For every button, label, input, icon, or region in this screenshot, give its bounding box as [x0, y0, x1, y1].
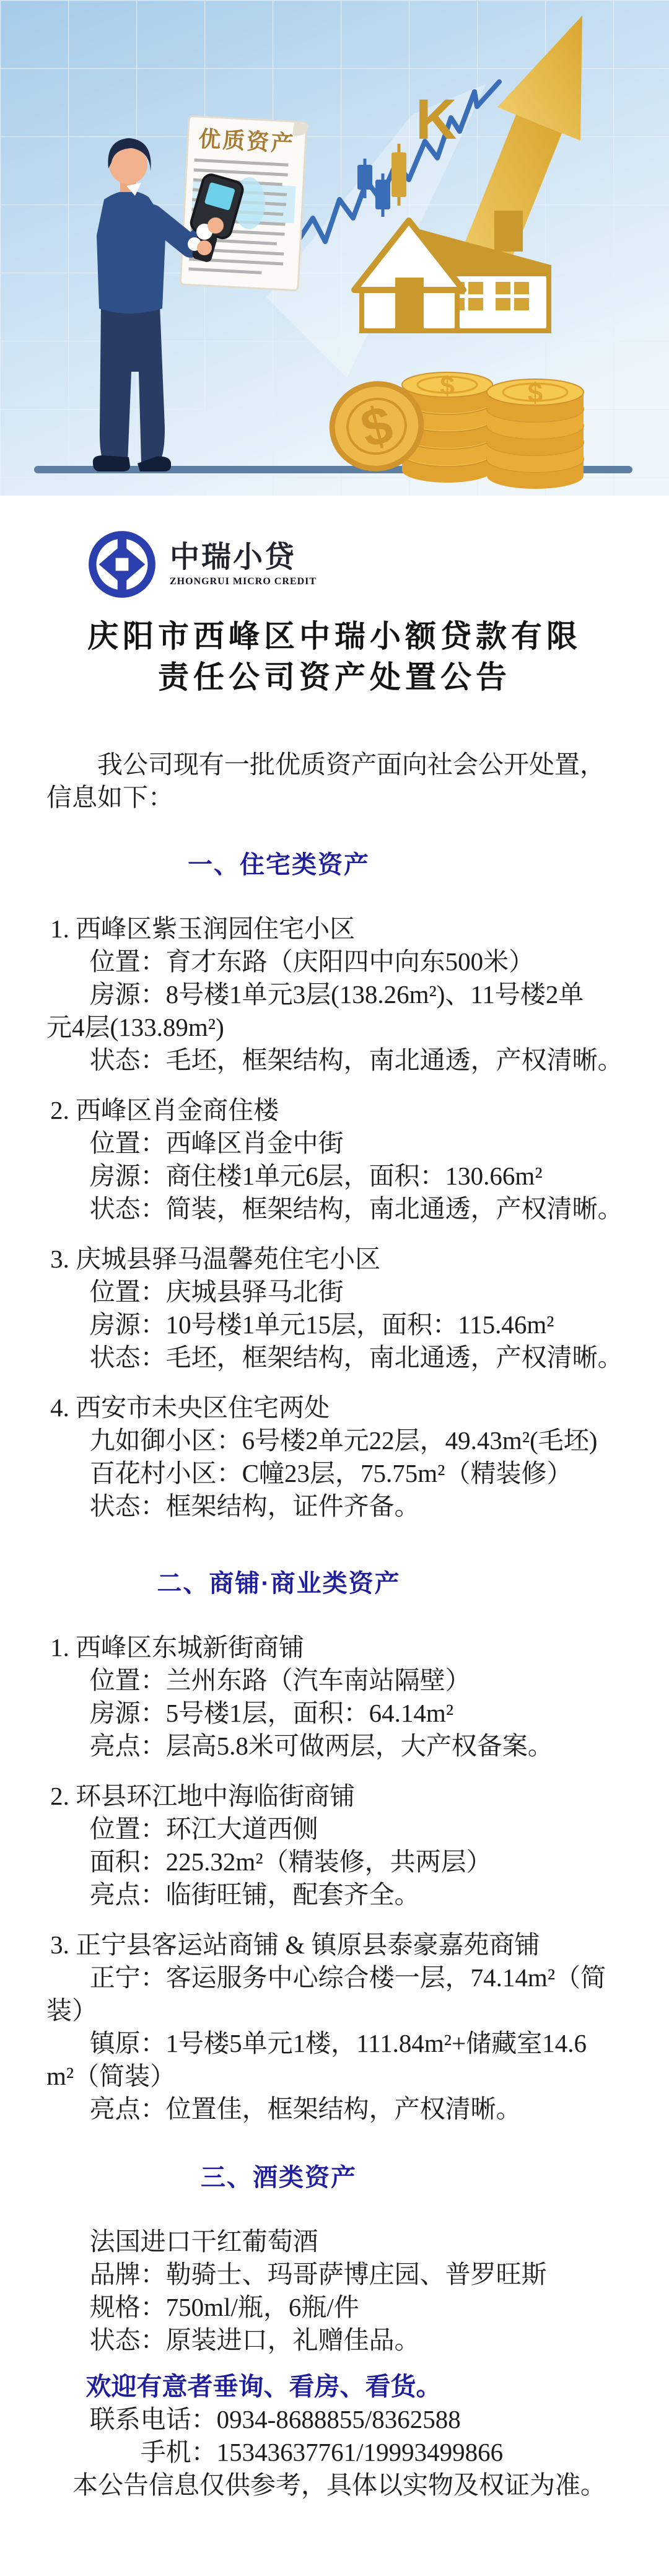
asset-item-line: 位置：庆城县驿马北街 [46, 1276, 632, 1308]
asset-item-line: m²（简装） [46, 2060, 632, 2093]
asset-item: 4. 西安市未央区住宅两处九如御小区：6号楼2单元22层，49.43m²(毛坯)… [46, 1391, 632, 1523]
asset-item: 2. 西峰区肖金商住楼位置：西峰区肖金中街房源：商住楼1单元6层，面积：130.… [46, 1094, 632, 1225]
disclaimer-note: 本公告信息仅供参考，具体以实物及权证为准。 [46, 2469, 632, 2502]
asset-item-title: 3. 庆城县驿马温馨苑住宅小区 [46, 1243, 632, 1276]
asset-item-line: 九如御小区：6号楼2单元22层，49.43m²(毛坯) [46, 1424, 632, 1457]
intro-line: 我公司现有一批优质资产面向社会公开处置， [46, 748, 632, 781]
asset-item-line: 状态：简装，框架结构，南北通透，产权清晰。 [46, 1193, 632, 1225]
asset-item-line: 装） [46, 1994, 632, 2027]
asset-item: 3. 正宁县客运站商铺 & 镇原县泰豪嘉苑商铺正宁：客运服务中心综合楼一层，74… [46, 1929, 632, 2126]
asset-item-line: 亮点：临街旺铺，配套齐全。 [46, 1878, 632, 1911]
asset-item-title: 1. 西峰区紫玉润园住宅小区 [46, 913, 632, 945]
asset-item: 1. 西峰区紫玉润园住宅小区位置：育才东路（庆阳四中向东500米）房源：8号楼1… [46, 913, 632, 1077]
asset-item-line: 百花村小区：C幢23层，75.75m²（精装修） [46, 1457, 632, 1490]
hero-art: K [0, 0, 669, 496]
asset-item-line: 品牌：勒骑士、玛哥萨博庄园、普罗旺斯 [46, 2258, 632, 2291]
contact-block: 欢迎有意者垂询、看房、看货。 联系电话：0934-8688855/8362588… [46, 2370, 632, 2469]
section-heading: 二、商铺·商业类资产 [46, 1567, 632, 1600]
asset-item-line: 规格：750ml/瓶，6瓶/件 [46, 2291, 632, 2324]
asset-item-line: 房源：10号楼1单元15层，面积：115.46m² [46, 1308, 632, 1341]
svg-text:$: $ [528, 378, 543, 408]
k-label: K [416, 88, 457, 151]
asset-item-line: 房源：5号楼1层，面积：64.14m² [46, 1697, 632, 1730]
section-heading: 一、住宅类资产 [46, 849, 632, 882]
asset-item-line: 亮点：层高5.8米可做两层，大产权备案。 [46, 1730, 632, 1763]
asset-item: 1. 西峰区东城新街商铺位置：兰州东路（汽车南站隔壁）房源：5号楼1层，面积：6… [46, 1631, 632, 1763]
contact-mobile: 手机：15343637761/19993499866 [46, 2436, 632, 2469]
section: 三、酒类资产法国进口干红葡萄酒品牌：勒骑士、玛哥萨博庄园、普罗旺斯规格：750m… [46, 2162, 632, 2357]
asset-item-title: 4. 西安市未央区住宅两处 [46, 1391, 632, 1424]
asset-sections: 一、住宅类资产1. 西峰区紫玉润园住宅小区位置：育才东路（庆阳四中向东500米）… [46, 849, 632, 2357]
asset-item-line: 房源：商住楼1单元6层，面积：130.66m² [46, 1160, 632, 1193]
logo-name-en: ZHONGRUI MICRO CREDIT [170, 575, 317, 589]
announcement-body: 我公司现有一批优质资产面向社会公开处置， 信息如下： 一、住宅类资产1. 西峰区… [0, 748, 669, 2502]
asset-item-line: 法国进口干红葡萄酒 [46, 2225, 632, 2258]
intro-line: 信息如下： [46, 781, 632, 814]
document-title-label: 优质资产 [198, 126, 295, 156]
asset-item-line: 元4层(133.89m²) [46, 1011, 632, 1044]
asset-item-line: 正宁：客运服务中心综合楼一层，74.14m²（简 [46, 1961, 632, 1994]
page-title-line1: 庆阳市西峰区中瑞小额贷款有限 [0, 616, 669, 657]
asset-item-line: 状态：原装进口，礼赠佳品。 [46, 2324, 632, 2357]
company-logo: 中瑞小贷 ZHONGRUI MICRO CREDIT [87, 528, 669, 601]
hero-illustration: K [0, 0, 669, 496]
asset-item-line: 房源：8号楼1单元3层(138.26m²)、11号楼2单 [46, 978, 632, 1011]
asset-item-title: 2. 环县环江地中海临街商铺 [46, 1780, 632, 1813]
intro-paragraph: 我公司现有一批优质资产面向社会公开处置， 信息如下： [46, 748, 632, 814]
asset-item-line: 状态：毛坯，框架结构，南北通透，产权清晰。 [46, 1341, 632, 1374]
asset-item-line: 位置：西峰区肖金中街 [46, 1127, 632, 1160]
logo-name-cn: 中瑞小贷 [170, 540, 317, 575]
asset-item-line: 位置：育才东路（庆阳四中向东500米） [46, 945, 632, 978]
asset-item-line: 位置：兰州东路（汽车南站隔壁） [46, 1664, 632, 1697]
asset-item-line: 状态：框架结构，证件齐备。 [46, 1490, 632, 1523]
announcement-poster: K [0, 0, 669, 2576]
contact-phone: 联系电话：0934-8688855/8362588 [46, 2403, 632, 2436]
page-title-line2: 责任公司资产处置公告 [0, 657, 669, 698]
page-title: 庆阳市西峰区中瑞小额贷款有限 责任公司资产处置公告 [0, 616, 669, 698]
section: 一、住宅类资产1. 西峰区紫玉润园住宅小区位置：育才东路（庆阳四中向东500米）… [46, 849, 632, 1523]
asset-item-title: 2. 西峰区肖金商住楼 [46, 1094, 632, 1127]
logo-emblem-icon [87, 529, 157, 600]
asset-item-line: 面积：225.32m²（精装修，共两层） [46, 1846, 632, 1878]
section-heading: 三、酒类资产 [46, 2162, 632, 2194]
asset-item-line: 亮点：位置佳，框架结构，产权清晰。 [46, 2093, 632, 2126]
section: 二、商铺·商业类资产1. 西峰区东城新街商铺位置：兰州东路（汽车南站隔壁）房源：… [46, 1567, 632, 2126]
asset-item-line: 状态：毛坯，框架结构，南北通透，产权清晰。 [46, 1044, 632, 1077]
asset-item-line: 镇原：1号楼5单元1楼，111.84m²+储藏室14.6 [46, 2027, 632, 2060]
asset-item: 2. 环县环江地中海临街商铺位置：环江大道西侧面积：225.32m²（精装修，共… [46, 1780, 632, 1911]
asset-item-line: 位置：环江大道西侧 [46, 1813, 632, 1846]
contact-welcome: 欢迎有意者垂询、看房、看货。 [46, 2370, 632, 2403]
asset-item-title: 1. 西峰区东城新街商铺 [46, 1631, 632, 1664]
asset-item: 法国进口干红葡萄酒品牌：勒骑士、玛哥萨博庄园、普罗旺斯规格：750ml/瓶，6瓶… [46, 2225, 632, 2357]
svg-text:$: $ [440, 371, 454, 400]
asset-item: 3. 庆城县驿马温馨苑住宅小区位置：庆城县驿马北街房源：10号楼1单元15层，面… [46, 1243, 632, 1374]
asset-item-title: 3. 正宁县客运站商铺 & 镇原县泰豪嘉苑商铺 [46, 1929, 632, 1961]
